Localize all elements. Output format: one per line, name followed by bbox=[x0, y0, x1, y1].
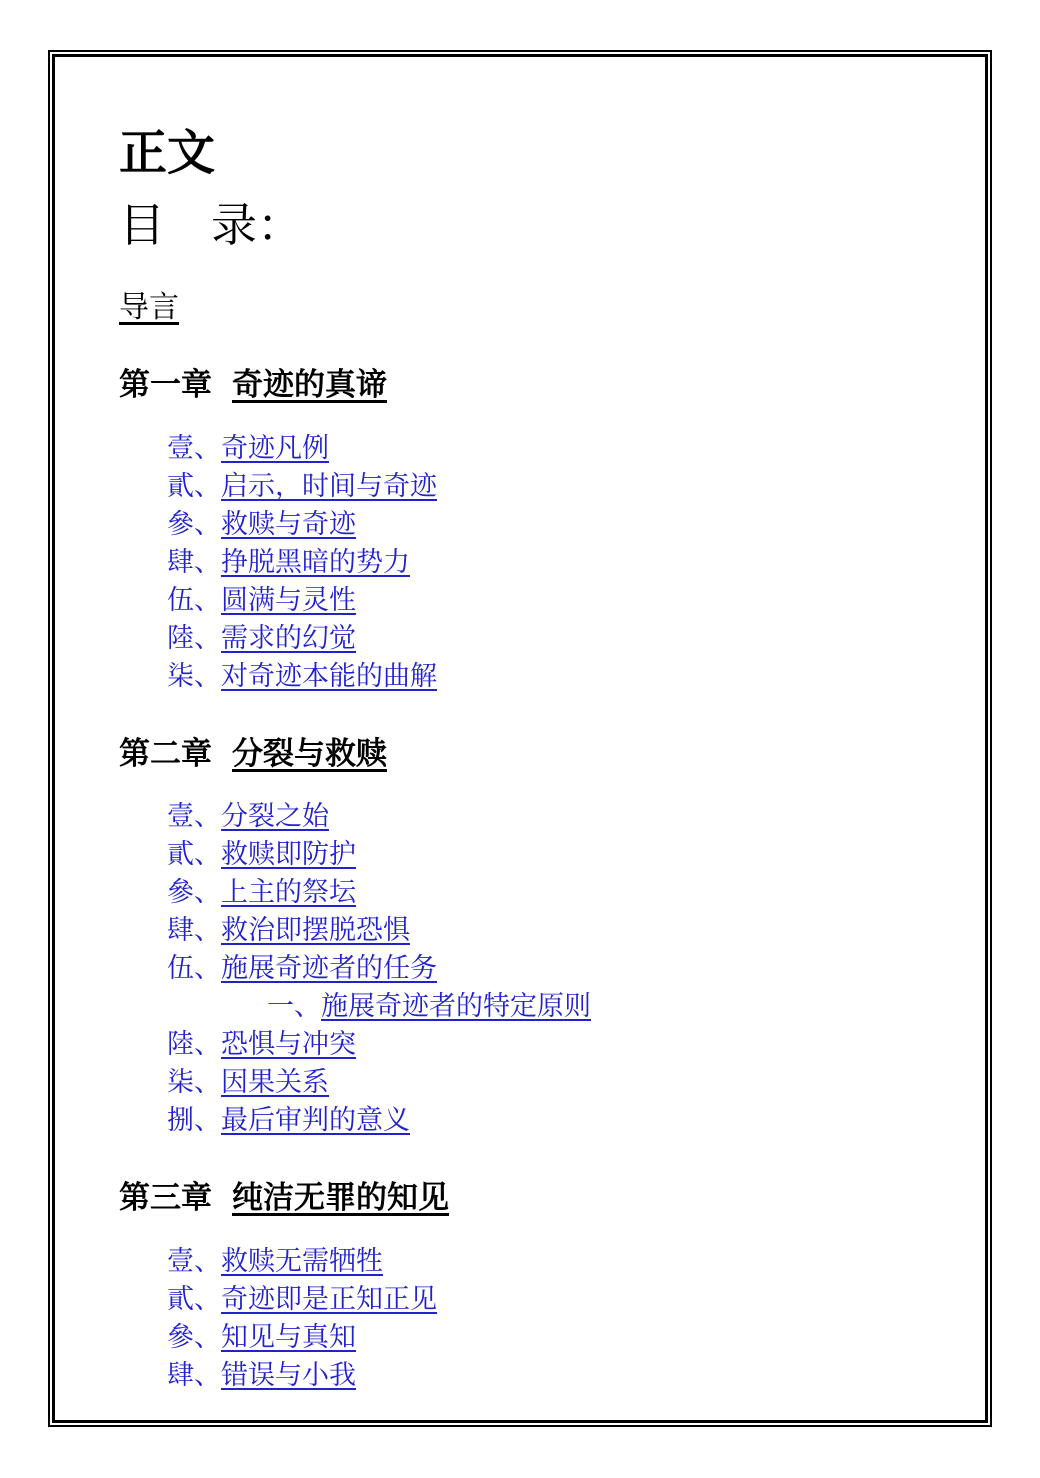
item-number: 參、 bbox=[167, 1322, 221, 1352]
toc-link[interactable]: 启示，时间与奇迹 bbox=[221, 471, 437, 501]
item-number: 肆、 bbox=[167, 915, 221, 945]
item-number: 參、 bbox=[167, 509, 221, 539]
toc-link[interactable]: 救赎与奇迹 bbox=[221, 509, 356, 539]
item-number: 柒、 bbox=[167, 1067, 221, 1097]
chapter-3: 第三章纯洁无罪的知见 壹、救赎无需牺牲 貳、奇迹即是正知正见 參、知见与真知 肆… bbox=[119, 1179, 955, 1394]
doc-title: 正文 bbox=[119, 129, 955, 179]
toc-link[interactable]: 知见与真知 bbox=[221, 1322, 356, 1352]
item-number: 壹、 bbox=[167, 1246, 221, 1276]
toc-link[interactable]: 上主的祭坛 bbox=[221, 877, 356, 907]
item-number: 肆、 bbox=[167, 1360, 221, 1390]
toc-item: 壹、奇迹凡例 bbox=[167, 429, 955, 467]
toc-link[interactable]: 最后审判的意义 bbox=[221, 1105, 410, 1135]
item-number: 貳、 bbox=[167, 1284, 221, 1314]
toc-link[interactable]: 施展奇迹者的任务 bbox=[221, 953, 437, 983]
chapter-2-title-link[interactable]: 分裂与救赎 bbox=[232, 736, 387, 771]
chapter-1-toc-list: 壹、奇迹凡例 貳、启示，时间与奇迹 參、救赎与奇迹 肆、挣脱黑暗的势力 伍、圆满… bbox=[119, 429, 955, 695]
item-number: 陸、 bbox=[167, 623, 221, 653]
toc-item: 貳、启示，时间与奇迹 bbox=[167, 467, 955, 505]
toc-item: 柒、对奇迹本能的曲解 bbox=[167, 657, 955, 695]
item-number: 伍、 bbox=[167, 585, 221, 615]
item-number: 柒、 bbox=[167, 661, 221, 691]
toc-link[interactable]: 分裂之始 bbox=[221, 801, 329, 831]
chapter-2-heading: 第二章分裂与救赎 bbox=[119, 735, 955, 774]
toc-item: 肆、挣脱黑暗的势力 bbox=[167, 543, 955, 581]
chapter-2-label: 第二章 bbox=[119, 736, 212, 771]
chapter-2-toc-list: 壹、分裂之始 貳、救赎即防护 參、上主的祭坛 肆、救治即摆脱恐惧 伍、施展奇迹者… bbox=[119, 797, 955, 1139]
chapter-1: 第一章奇迹的真谛 壹、奇迹凡例 貳、启示，时间与奇迹 參、救赎与奇迹 肆、挣脱黑… bbox=[119, 366, 955, 695]
chapter-3-heading: 第三章纯洁无罪的知见 bbox=[119, 1179, 955, 1218]
chapter-3-title-link[interactable]: 纯洁无罪的知见 bbox=[232, 1180, 449, 1215]
toc-link[interactable]: 挣脱黑暗的势力 bbox=[221, 547, 410, 577]
chapter-2: 第二章分裂与救赎 壹、分裂之始 貳、救赎即防护 參、上主的祭坛 肆、救治即摆脱恐… bbox=[119, 735, 955, 1140]
toc-item: 陸、需求的幻觉 bbox=[167, 619, 955, 657]
toc-item: 參、上主的祭坛 bbox=[167, 873, 955, 911]
item-number: 一、 bbox=[267, 991, 321, 1021]
intro-row: 导言 bbox=[119, 282, 955, 326]
toc-item: 貳、救赎即防护 bbox=[167, 835, 955, 873]
toc-item: 肆、错误与小我 bbox=[167, 1356, 955, 1394]
chapter-1-title-link[interactable]: 奇迹的真谛 bbox=[232, 367, 387, 402]
toc-link[interactable]: 圆满与灵性 bbox=[221, 585, 356, 615]
toc-link[interactable]: 救治即摆脱恐惧 bbox=[221, 915, 410, 945]
chapter-3-label: 第三章 bbox=[119, 1180, 212, 1215]
toc-item: 壹、分裂之始 bbox=[167, 797, 955, 835]
item-number: 肆、 bbox=[167, 547, 221, 577]
toc-item: 肆、救治即摆脱恐惧 bbox=[167, 911, 955, 949]
toc-item: 柒、因果关系 bbox=[167, 1063, 955, 1101]
item-number: 捌、 bbox=[167, 1105, 221, 1135]
toc-link[interactable]: 错误与小我 bbox=[221, 1360, 356, 1390]
item-number: 貳、 bbox=[167, 839, 221, 869]
item-number: 壹、 bbox=[167, 801, 221, 831]
toc-link[interactable]: 救赎无需牺牲 bbox=[221, 1246, 383, 1276]
toc-subitem: 一、施展奇迹者的特定原则 bbox=[167, 987, 955, 1025]
item-number: 陸、 bbox=[167, 1029, 221, 1059]
page-border: 正文 目 录： 导言 第一章奇迹的真谛 壹、奇迹凡例 貳、启示，时间与奇迹 參、… bbox=[48, 50, 992, 1427]
toc-link[interactable]: 施展奇迹者的特定原则 bbox=[321, 991, 591, 1021]
toc-link[interactable]: 需求的幻觉 bbox=[221, 623, 356, 653]
toc-item: 捌、最后审判的意义 bbox=[167, 1101, 955, 1139]
item-number: 壹、 bbox=[167, 433, 221, 463]
toc-link[interactable]: 对奇迹本能的曲解 bbox=[221, 661, 437, 691]
toc-heading: 目 录： bbox=[119, 201, 955, 252]
toc-link[interactable]: 因果关系 bbox=[221, 1067, 329, 1097]
chapter-1-heading: 第一章奇迹的真谛 bbox=[119, 366, 955, 405]
item-number: 貳、 bbox=[167, 471, 221, 501]
toc-link[interactable]: 奇迹即是正知正见 bbox=[221, 1284, 437, 1314]
intro-link[interactable]: 导言 bbox=[119, 291, 179, 324]
item-number: 伍、 bbox=[167, 953, 221, 983]
chapter-3-toc-list: 壹、救赎无需牺牲 貳、奇迹即是正知正见 參、知见与真知 肆、错误与小我 bbox=[119, 1242, 955, 1394]
toc-link[interactable]: 奇迹凡例 bbox=[221, 433, 329, 463]
toc-link[interactable]: 救赎即防护 bbox=[221, 839, 356, 869]
chapter-1-label: 第一章 bbox=[119, 367, 212, 402]
toc-item: 貳、奇迹即是正知正见 bbox=[167, 1280, 955, 1318]
document-page: 正文 目 录： 导言 第一章奇迹的真谛 壹、奇迹凡例 貳、启示，时间与奇迹 參、… bbox=[52, 54, 988, 1423]
toc-item: 參、救赎与奇迹 bbox=[167, 505, 955, 543]
toc-item: 伍、施展奇迹者的任务 bbox=[167, 949, 955, 987]
toc-item: 陸、恐惧与冲突 bbox=[167, 1025, 955, 1063]
toc-item: 伍、圆满与灵性 bbox=[167, 581, 955, 619]
item-number: 參、 bbox=[167, 877, 221, 907]
toc-item: 參、知见与真知 bbox=[167, 1318, 955, 1356]
toc-item: 壹、救赎无需牺牲 bbox=[167, 1242, 955, 1280]
toc-link[interactable]: 恐惧与冲突 bbox=[221, 1029, 356, 1059]
